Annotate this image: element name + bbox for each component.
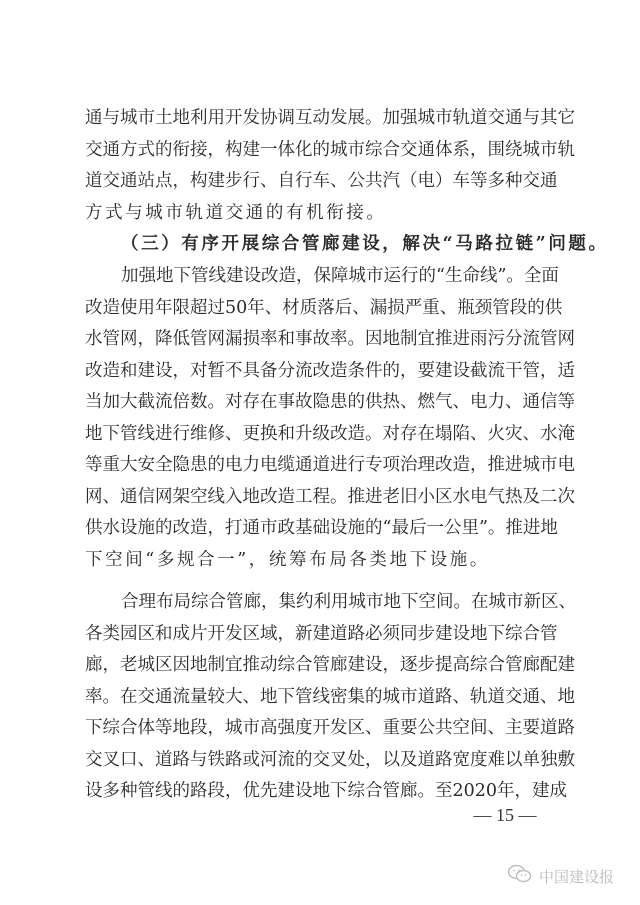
body-text-line: 地下管线进行维修、更换和升级改造。对存在塌陷、火灾、水淹 xyxy=(85,422,557,446)
body-text-line: 方式与城市轨道交通的有机衔接。 xyxy=(85,201,557,225)
body-text-line: 供水设施的改造，打通市政基础设施的“最后一公里”。推进地 xyxy=(85,516,557,540)
body-text-line: 下综合体等地段，城市高强度开发区、重要公共空间、主要道路 xyxy=(85,716,557,740)
body-text-line: 水管网，降低管网漏损率和事故率。因地制宜推进雨污分流管网 xyxy=(85,327,557,351)
body-text-line: 等重大安全隐患的电力电缆通道进行专项治理改造，推进城市电 xyxy=(85,453,557,477)
body-text-line: 设多种管线的路段，优先建设地下综合管廊。至2020年，建成 xyxy=(85,779,557,803)
body-text-line: 网、通信网架空线入地改造工程。推进老旧小区水电气热及二次 xyxy=(85,485,557,509)
body-text-line: 各类园区和成片开发区域，新建道路必须同步建设地下综合管 xyxy=(85,622,557,646)
body-text-line: 道交通站点，构建步行、自行车、公共汽（电）车等多种交通 xyxy=(85,169,557,193)
paragraph-first-line: 加强地下管线建设改造，保障城市运行的“生命线”。全面 xyxy=(121,264,557,288)
body-text-line: 交通方式的衔接，构建一体化的城市综合交通体系，围绕城市轨 xyxy=(85,138,557,162)
watermark-label: 中国建设报 xyxy=(539,866,614,887)
body-text-line: 率。在交通流量较大、地下管线密集的城市道路、轨道交通、地 xyxy=(85,685,557,709)
body-text-line: 当加大截流倍数。对存在事故隐患的供热、燃气、电力、通信等 xyxy=(85,390,557,414)
watermark: 中国建设报 xyxy=(507,864,614,888)
body-text-line: 廊，老城区因地制宜推动综合管廊建设，逐步提高综合管廊配建 xyxy=(85,653,557,677)
body-text-line: 交叉口、道路与铁路或河流的交叉处，以及道路宽度难以单独敷 xyxy=(85,748,557,772)
body-text-line: 通与城市土地利用开发协调互动发展。加强城市轨道交通与其它 xyxy=(85,106,557,130)
section-heading: （三）有序开展综合管廊建设，解决“马路拉链”问题。 xyxy=(121,232,557,256)
body-text-line: 改造使用年限超过50年、材质落后、漏损严重、瓶颈管段的供 xyxy=(85,296,557,320)
document-page: 通与城市土地利用开发协调互动发展。加强城市轨道交通与其它 交通方式的衔接，构建一… xyxy=(0,0,640,905)
page-number: — 15 — xyxy=(440,804,570,826)
body-text-line: 改造和建设，对暂不具备分流改造条件的，要建设截流干管，适 xyxy=(85,359,557,383)
body-text-line: 下空间“多规合一”，统筹布局各类地下设施。 xyxy=(85,548,557,572)
paragraph-first-line: 合理布局综合管廊，集约利用城市地下空间。在城市新区、 xyxy=(121,590,557,614)
wechat-icon xyxy=(507,864,539,888)
